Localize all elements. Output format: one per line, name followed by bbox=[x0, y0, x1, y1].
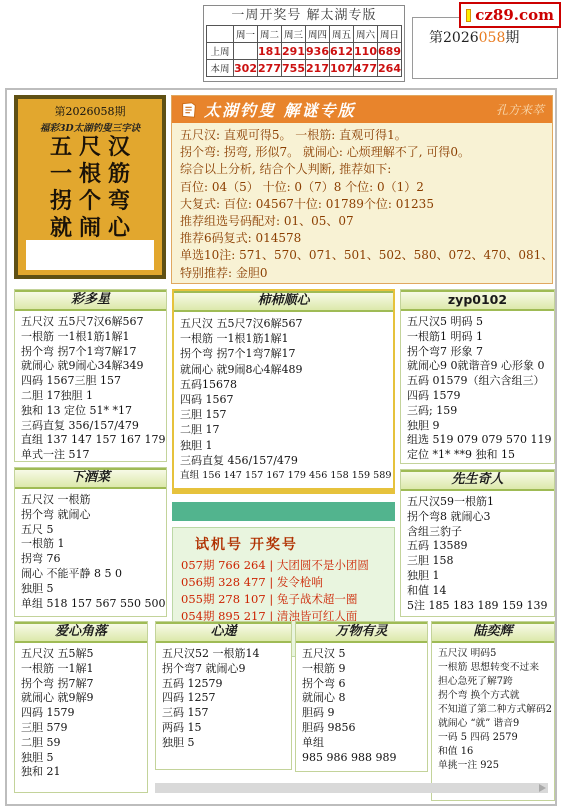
taihu-panel: 太湖钓叟 解谜专版 孔方来萃 五尺汉: 直观可得5。 一根筋: 直观可得1。 拐… bbox=[171, 95, 553, 284]
section-title: 试机号 开奖号 bbox=[181, 534, 386, 554]
text-line: 拐个弯: 拐弯, 形似7。 就闹心: 心烦理解不了, 可得0。 bbox=[180, 144, 544, 161]
text-line: 直组 156 147 157 167 179 456 158 159 589 bbox=[180, 468, 387, 483]
text-line: 三码直复 356/157/479 bbox=[21, 419, 160, 434]
text-line: 三码; 159 bbox=[407, 404, 548, 419]
text-line: 和值 14 bbox=[407, 584, 548, 599]
text-line: 五尺汉5 明码 5 bbox=[407, 315, 548, 330]
text-line: 推荐组选号码配对: 01、05、07 bbox=[180, 213, 544, 230]
section-title: zyp0102 bbox=[401, 290, 554, 311]
section-body: 五尺汉 明码5 一根筋 思想转变不过来 担心急死了解7跨 拐个弯 换个方式就 不… bbox=[432, 643, 554, 777]
bottom-divider bbox=[155, 783, 548, 793]
text-line: 一根筋 9 bbox=[302, 662, 421, 677]
poem-box: 第2026058期 福彩3D太湖钓叟三字诀 五尺汉 一根筋 拐个弯 就闹心 bbox=[14, 95, 166, 279]
section-body: 五尺汉 五5尺7汉6解567 一根筋 一1根1筋1解1 拐个弯 拐7个1弯7解1… bbox=[15, 311, 166, 462]
draw-number bbox=[234, 43, 258, 60]
issue-suffix: 期 bbox=[505, 30, 519, 46]
day-header: 周六 bbox=[354, 26, 378, 43]
draw-number: 477 bbox=[354, 60, 378, 77]
document-icon bbox=[180, 101, 198, 119]
text-line: 五尺汉59一根筋1 bbox=[407, 495, 548, 510]
text-line: 和值 16 bbox=[438, 745, 548, 759]
text-line: 拐个弯 拐7个1弯7解17 bbox=[180, 346, 387, 361]
text-line: 五尺汉52 一根筋14 bbox=[162, 647, 285, 662]
scroll-arrow-icon[interactable] bbox=[539, 784, 546, 792]
text-line: 五尺汉 五5尺7汉6解567 bbox=[180, 316, 387, 331]
row-label: 上周 bbox=[207, 43, 234, 60]
text-line: 独胆 5 bbox=[21, 751, 141, 766]
text-line: 5注 185 183 189 159 139 bbox=[407, 599, 548, 614]
text-line: 定位 *1* **9 独和 15 bbox=[407, 448, 548, 463]
draw-number: 936 bbox=[306, 43, 330, 60]
text-line: 独胆 9 bbox=[407, 419, 548, 434]
day-header: 周四 bbox=[306, 26, 330, 43]
panel-header: 太湖钓叟 解谜专版 孔方来萃 bbox=[172, 96, 552, 123]
text-line: 五码 12579 bbox=[162, 677, 285, 692]
text-line: 直组 137 147 157 167 179 bbox=[21, 433, 160, 448]
draw-number: 612 bbox=[330, 43, 354, 60]
section-xiajiucai: 下酒菜 五尺汉 一根筋 拐个弯 就闹心 五尺 5 一根筋 1 拐弯 76 闹心 … bbox=[14, 467, 167, 617]
text-line: 五尺汉 五5尺7汉6解567 bbox=[21, 315, 160, 330]
text-line: 三胆 158 bbox=[407, 554, 548, 569]
draw-number: 217 bbox=[306, 60, 330, 77]
text-line: 就闹心 就9解9 bbox=[21, 691, 141, 706]
table-row: 本周 302 277 755 217 107 477 264 bbox=[207, 60, 402, 77]
text-line: 推荐6码复式: 014578 bbox=[180, 230, 544, 247]
text-line: 大复式: 百位: 04567十位: 01789个位: 01235 bbox=[180, 196, 544, 213]
text-line: 拐个弯 就闹心 bbox=[21, 508, 160, 523]
text-line: 独胆 1 bbox=[180, 438, 387, 453]
text-line: 五码 13589 bbox=[407, 539, 548, 554]
text-line: 一根筋 一1根1筋1解1 bbox=[21, 330, 160, 345]
section-title: 下酒菜 bbox=[15, 468, 166, 489]
text-line: 独胆 1 bbox=[407, 569, 548, 584]
text-line: 三码 157 bbox=[162, 706, 285, 721]
section-title: 柿柿顺心 bbox=[174, 291, 393, 312]
text-line: 两码 15 bbox=[162, 721, 285, 736]
text-line: 二胆 17独胆 1 bbox=[21, 389, 160, 404]
text-line: 五码15678 bbox=[180, 377, 387, 392]
day-header: 周日 bbox=[378, 26, 402, 43]
text-line: 五尺汉 5 bbox=[302, 647, 421, 662]
issue-highlight: 058 bbox=[479, 30, 506, 46]
text-line: 独胆 5 bbox=[21, 582, 160, 597]
text-line: 含组三豹子 bbox=[407, 525, 548, 540]
text-line: 三胆 579 bbox=[21, 721, 141, 736]
text-line: 百位: 04（5） 十位: 0（7）8 个位: 0（1）2 bbox=[180, 179, 544, 196]
text-line: 胆码 9 bbox=[302, 706, 421, 721]
corner-cell bbox=[207, 26, 234, 43]
text-line: 五尺汉: 直观可得5。 一根筋: 直观可得1。 bbox=[180, 127, 544, 144]
table-header-row: 周一 周二 周三 周四 周五 周六 周日 bbox=[207, 26, 402, 43]
text-line: 一根筋 思想转变不过来 bbox=[438, 661, 548, 675]
panel-subtitle: 孔方来萃 bbox=[496, 101, 544, 118]
blank-area bbox=[26, 240, 154, 270]
text-line: 拐个弯 换个方式就 bbox=[438, 689, 548, 703]
text-line: 独和 13 定位 51* *17 bbox=[21, 404, 160, 419]
text-line: 三胆 157 bbox=[180, 407, 387, 422]
text-line: 四码 1567三胆 157 bbox=[21, 374, 160, 389]
text-line: 五尺 5 bbox=[21, 523, 160, 538]
section-caiduoxing: 彩多星 五尺汉 五5尺7汉6解567 一根筋 一1根1筋1解1 拐个弯 拐7个1… bbox=[14, 289, 167, 462]
text-line: 拐个弯7 形象 7 bbox=[407, 345, 548, 360]
section-body: 五尺汉 五5尺7汉6解567 一根筋 一1根1筋1解1 拐个弯 拐7个1弯7解1… bbox=[174, 312, 393, 487]
section-aixin: 爱心角落 五尺汉 五5解5 一根筋 一1解1 拐个弯 拐7解7 就闹心 就9解9… bbox=[14, 621, 148, 793]
section-shishishunxin: 柿柿顺心 五尺汉 五5尺7汉6解567 一根筋 一1根1筋1解1 拐个弯 拐7个… bbox=[172, 289, 395, 494]
section-title: 万物有灵 bbox=[296, 622, 427, 643]
section-body: 五尺汉 一根筋 拐个弯 就闹心 五尺 5 一根筋 1 拐弯 76 闹心 不能平静… bbox=[15, 489, 166, 615]
text-line: 单式一注 517 bbox=[21, 448, 160, 462]
text-line: 五码 01579（组六含组三） bbox=[407, 374, 548, 389]
text-line: 独和 21 bbox=[21, 765, 141, 780]
text-line: 特别推荐: 金胆0 bbox=[180, 265, 544, 282]
section-title: 爱心角落 bbox=[15, 622, 147, 643]
draw-history-line: 055期 278 107 | 兔子战术超一圈 bbox=[181, 591, 386, 608]
text-line: 一码 5 四码 2579 bbox=[438, 731, 548, 745]
day-header: 周一 bbox=[234, 26, 258, 43]
text-line: 组选 519 079 079 570 119 bbox=[407, 433, 548, 448]
text-line: 综合以上分析, 结合个人判断, 推荐如下: bbox=[180, 161, 544, 178]
section-title: 彩多星 bbox=[15, 290, 166, 311]
text-line: 就闹心 “就” 谐音9 bbox=[438, 717, 548, 731]
text-line: 拐弯 76 bbox=[21, 552, 160, 567]
text-line: 独胆 5 bbox=[162, 736, 285, 751]
day-header: 周二 bbox=[258, 26, 282, 43]
text-line: 985 986 988 989 bbox=[302, 751, 421, 766]
section-zyp0102: zyp0102 五尺汉5 明码 5 一根筋1 明码 1 拐个弯7 形象 7 就闹… bbox=[400, 289, 555, 464]
section-luyihui: 陆奕辉 五尺汉 明码5 一根筋 思想转变不过来 担心急死了解7跨 拐个弯 换个方… bbox=[431, 621, 555, 801]
text-line: 单挑一注 925 bbox=[438, 759, 548, 773]
poem-line: 拐个弯 bbox=[18, 188, 162, 215]
teal-divider-bar bbox=[172, 502, 395, 521]
section-title: 心递 bbox=[156, 622, 291, 643]
weekly-numbers-box: 一周开奖号 解太湖专版 周一 周二 周三 周四 周五 周六 周日 上周 181 … bbox=[203, 5, 405, 82]
draw-number: 689 bbox=[378, 43, 402, 60]
day-header: 周三 bbox=[282, 26, 306, 43]
panel-title: 太湖钓叟 解谜专版 bbox=[204, 98, 356, 121]
section-body: 五尺汉 五5解5 一根筋 一1解1 拐个弯 拐7解7 就闹心 就9解9 四码 1… bbox=[15, 643, 147, 784]
text-line: 就闹心 就9闹心34解349 bbox=[21, 359, 160, 374]
poem-subtitle: 福彩3D太湖钓叟三字诀 bbox=[18, 120, 162, 134]
text-line: 五尺汉 五5解5 bbox=[21, 647, 141, 662]
text-line: 拐个弯 6 bbox=[302, 677, 421, 692]
text-line: 二胆 59 bbox=[21, 736, 141, 751]
draw-number: 181 bbox=[258, 43, 282, 60]
section-body: 五尺汉52 一根筋14 拐个弯7 就闹心9 五码 12579 四码 1257 三… bbox=[156, 643, 291, 755]
text-line: 拐个弯 拐7个1弯7解17 bbox=[21, 345, 160, 360]
text-line: 胆码 9856 bbox=[302, 721, 421, 736]
text-line: 四码 1257 bbox=[162, 691, 285, 706]
draw-number: 302 bbox=[234, 60, 258, 77]
section-body: 五尺汉5 明码 5 一根筋1 明码 1 拐个弯7 形象 7 就闹心9 0就谐音9… bbox=[401, 311, 554, 464]
issue-prefix: 第2026 bbox=[429, 30, 479, 46]
text-line: 一根筋 一1解1 bbox=[21, 662, 141, 677]
poem-line: 五尺汉 bbox=[18, 134, 162, 161]
draw-history-line: 057期 766 264 | 大团圆不是小团圆 bbox=[181, 557, 386, 574]
panel-body: 五尺汉: 直观可得5。 一根筋: 直观可得1。 拐个弯: 拐弯, 形似7。 就闹… bbox=[172, 123, 552, 286]
draw-number: 277 bbox=[258, 60, 282, 77]
section-title: 先生奇人 bbox=[401, 470, 554, 491]
text-line: 一根筋1 明码 1 bbox=[407, 330, 548, 345]
draw-number: 291 bbox=[282, 43, 306, 60]
text-line: 单组 bbox=[302, 736, 421, 751]
text-line: 五尺汉 一根筋 bbox=[21, 493, 160, 508]
section-xianshengqiren: 先生奇人 五尺汉59一根筋1 拐个弯8 就闹心3 含组三豹子 五码 13589 … bbox=[400, 469, 555, 617]
site-logo[interactable]: cz89.com bbox=[459, 2, 561, 28]
text-line: 拐个弯 拐7解7 bbox=[21, 677, 141, 692]
text-line: 二胆 17 bbox=[180, 422, 387, 437]
weekly-table-title: 一周开奖号 解太湖专版 bbox=[206, 7, 402, 25]
weekly-numbers-table: 周一 周二 周三 周四 周五 周六 周日 上周 181 291 936 612 … bbox=[206, 25, 402, 77]
logo-text: cz89.com bbox=[475, 6, 554, 24]
table-row: 上周 181 291 936 612 110 689 bbox=[207, 43, 402, 60]
text-line: 四码 1579 bbox=[407, 389, 548, 404]
day-header: 周五 bbox=[330, 26, 354, 43]
text-line: 就闹心 就9闹8心4解489 bbox=[180, 362, 387, 377]
text-line: 三码直复 456/157/479 bbox=[180, 453, 387, 468]
section-body: 五尺汉59一根筋1 拐个弯8 就闹心3 含组三豹子 五码 13589 三胆 15… bbox=[401, 491, 554, 617]
text-line: 担心急死了解7跨 bbox=[438, 675, 548, 689]
text-line: 四码 1579 bbox=[21, 706, 141, 721]
text-line: 五尺汉 明码5 bbox=[438, 647, 548, 661]
row-label: 本周 bbox=[207, 60, 234, 77]
poem-issue: 第2026058期 bbox=[18, 103, 162, 119]
text-line: 一根筋 1 bbox=[21, 537, 160, 552]
content-frame: 第2026058期 福彩3D太湖钓叟三字诀 五尺汉 一根筋 拐个弯 就闹心 太湖… bbox=[5, 88, 557, 806]
text-line: 单组 518 157 567 550 500 bbox=[21, 597, 160, 612]
poem-line: 一根筋 bbox=[18, 161, 162, 188]
text-line: 就闹心9 0就谐音9 心形象 0 bbox=[407, 359, 548, 374]
text-line: 拐个弯8 就闹心3 bbox=[407, 510, 548, 525]
section-body: 五尺汉 5 一根筋 9 拐个弯 6 就闹心 8 胆码 9 胆码 9856 单组 … bbox=[296, 643, 427, 769]
poem-line: 就闹心 bbox=[18, 215, 162, 242]
text-line: 四码 1567 bbox=[180, 392, 387, 407]
text-line: 单选10注: 571、570、071、501、502、580、072、470、0… bbox=[180, 247, 544, 264]
section-wanwuyouling: 万物有灵 五尺汉 5 一根筋 9 拐个弯 6 就闹心 8 胆码 9 胆码 985… bbox=[295, 621, 428, 772]
draw-number: 264 bbox=[378, 60, 402, 77]
section-xindi: 心递 五尺汉52 一根筋14 拐个弯7 就闹心9 五码 12579 四码 125… bbox=[155, 621, 292, 770]
draw-number: 110 bbox=[354, 43, 378, 60]
text-line: 闹心 不能平静 8 5 0 bbox=[21, 567, 160, 582]
logo-square-icon bbox=[466, 9, 471, 22]
text-line: 拐个弯7 就闹心9 bbox=[162, 662, 285, 677]
text-line: 就闹心 8 bbox=[302, 691, 421, 706]
draw-history-line: 056期 328 477 | 发令枪响 bbox=[181, 574, 386, 591]
text-line: 不知道了第二种方式解码2 bbox=[438, 703, 548, 717]
section-title: 陆奕辉 bbox=[432, 622, 554, 643]
draw-number: 755 bbox=[282, 60, 306, 77]
text-line: 一根筋 一1根1筋1解1 bbox=[180, 331, 387, 346]
draw-number: 107 bbox=[330, 60, 354, 77]
